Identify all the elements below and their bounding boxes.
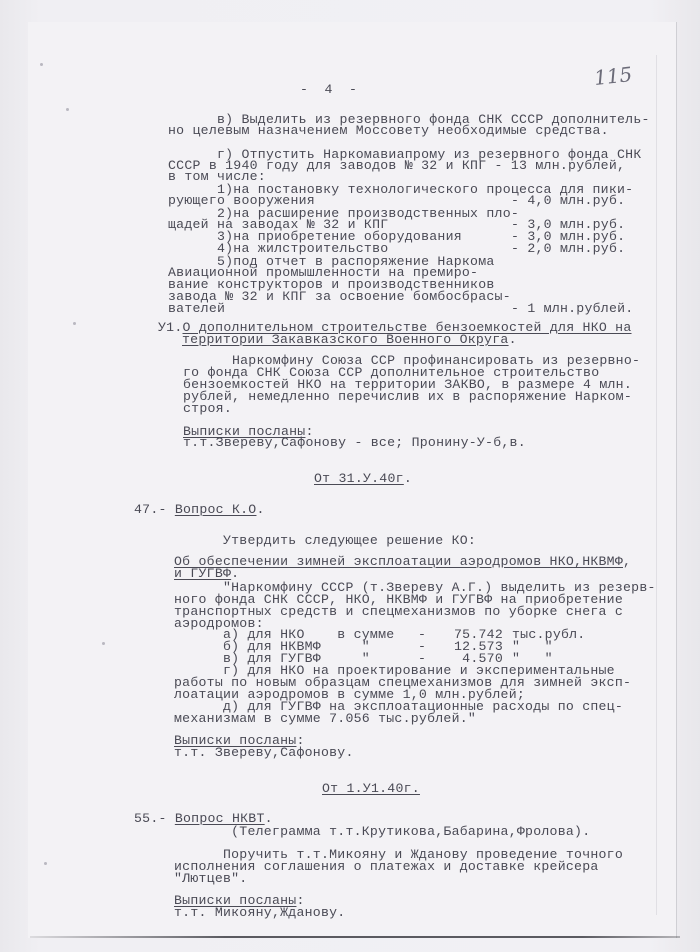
item-number: 55.- bbox=[134, 811, 175, 826]
section-vi-number: У1. bbox=[158, 320, 183, 335]
section-vi-body: рублей, немедленно перечислив их в распо… bbox=[183, 390, 632, 404]
allocation-item-amount: - 1 млн.рублей. bbox=[511, 302, 633, 316]
allocation-item-text: вателей bbox=[168, 302, 225, 316]
extracts-recipients: т.т.Звереву,Сафонову - все; Пронину-У-б,… bbox=[183, 436, 526, 450]
date-heading: От 1.У1.40г. bbox=[322, 782, 420, 796]
scan-speck bbox=[66, 108, 69, 111]
item-47-tail: механизмам в сумме 7.056 тыс.рублей." bbox=[174, 712, 476, 726]
scan-speck bbox=[73, 322, 76, 325]
section-v-line: но целевым назначением Моссовету необход… bbox=[168, 124, 609, 138]
item-55-body: "Лютцев". bbox=[174, 872, 247, 886]
extracts-recipients: т.т. Звереву,Сафонову. bbox=[174, 746, 354, 760]
page-bottom-edge bbox=[30, 936, 680, 938]
scan-speck bbox=[102, 642, 105, 645]
scan-speck bbox=[44, 862, 47, 865]
archive-page-mark: 115 bbox=[593, 62, 633, 90]
section-vi-body: строя. bbox=[183, 402, 232, 416]
item-number: 47.- bbox=[134, 502, 175, 517]
allocation-item-amount: - 4,0 млн.руб. bbox=[511, 194, 625, 208]
allocation-item-amount: - 2,0 млн.руб. bbox=[511, 242, 625, 256]
scan-speck bbox=[40, 63, 43, 66]
page-fold-line bbox=[656, 55, 657, 915]
date-heading: От 31.У.40г. bbox=[314, 472, 412, 486]
extracts-recipients: т.т. Микояну,Жданову. bbox=[174, 906, 345, 920]
section-vi-heading: территории Закавказского Военного Округа… bbox=[182, 333, 517, 347]
item-47-intro: Утвердить следующее решение КО: bbox=[174, 534, 476, 548]
item-47-title: Об обеспечении зимней эксплоатации аэрод… bbox=[174, 555, 631, 569]
item-55-telegram: (Телеграмма т.т.Крутикова,Бабарина,Фроло… bbox=[174, 825, 590, 839]
question-title: Вопрос К.О bbox=[175, 502, 257, 517]
item-47-title: и ГУГВФ. bbox=[174, 567, 239, 581]
item-47-heading: 47.- Вопрос К.О. bbox=[134, 503, 265, 517]
section-vi-title: территории Закавказского Военного Округа bbox=[182, 332, 509, 347]
page-number: - 4 - bbox=[300, 83, 357, 97]
